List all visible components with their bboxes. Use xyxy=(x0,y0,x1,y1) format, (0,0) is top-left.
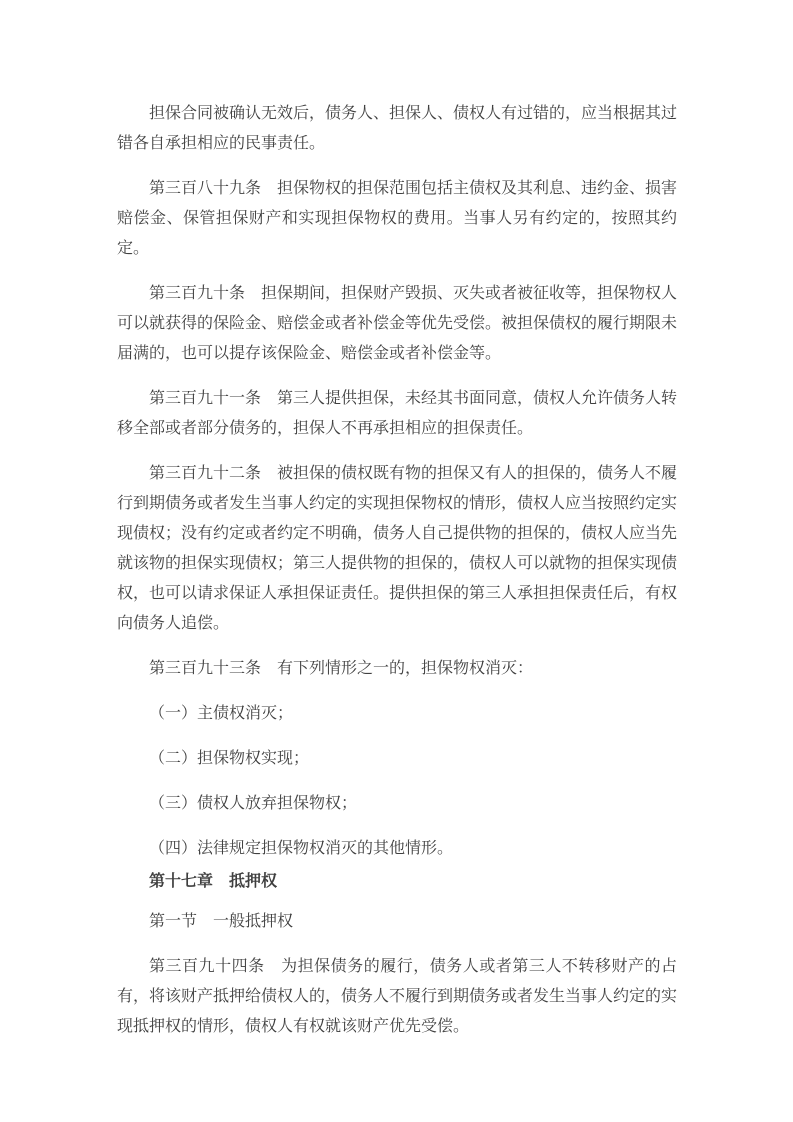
paragraph: 第三百九十三条 有下列情形之一的，担保物权消灭： xyxy=(117,654,677,684)
document-page: 担保合同被确认无效后，债务人、担保人、债权人有过错的，应当根据其过错各自承担相应… xyxy=(0,0,793,1122)
paragraph: 第三百九十二条 被担保的债权既有物的担保又有人的担保的，债务人不履行到期债务或者… xyxy=(117,459,677,639)
paragraph: 第三百八十九条 担保物权的担保范围包括主债权及其利息、违约金、损害赔偿金、保管担… xyxy=(117,174,677,264)
chapter-heading: 第十七章 抵押权 xyxy=(117,867,677,897)
section-heading: 第一节 一般抵押权 xyxy=(117,907,677,937)
list-item: （二）担保物权实现； xyxy=(117,744,677,774)
paragraph: 第三百九十一条 第三人提供担保，未经其书面同意，债权人允许债务人转移全部或者部分… xyxy=(117,384,677,444)
list-item: （一）主债权消灭； xyxy=(117,699,677,729)
paragraph: 第三百九十四条 为担保债务的履行，债务人或者第三人不转移财产的占有，将该财产抵押… xyxy=(117,952,677,1042)
list-item: （三）债权人放弃担保物权； xyxy=(117,789,677,819)
list-item: （四）法律规定担保物权消灭的其他情形。 xyxy=(117,834,677,864)
document-content: 担保合同被确认无效后，债务人、担保人、债权人有过错的，应当根据其过错各自承担相应… xyxy=(117,99,677,1057)
paragraph: 担保合同被确认无效后，债务人、担保人、债权人有过错的，应当根据其过错各自承担相应… xyxy=(117,99,677,159)
paragraph: 第三百九十条 担保期间，担保财产毁损、灭失或者被征收等，担保物权人可以就获得的保… xyxy=(117,279,677,369)
